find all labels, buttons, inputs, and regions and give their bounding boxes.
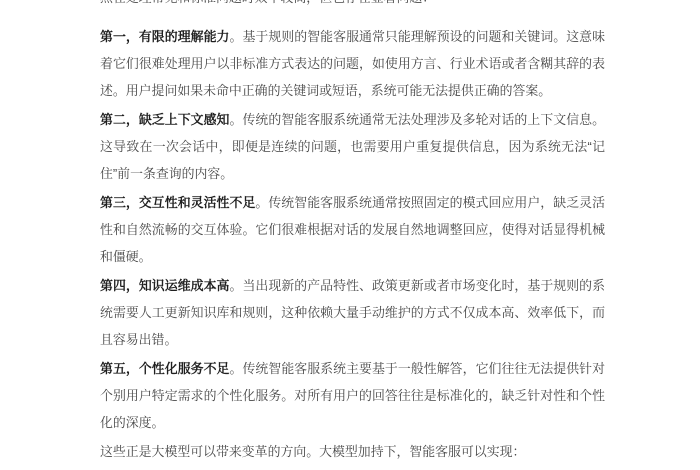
paragraph-lead: 第二，缺乏上下文感知 — [100, 112, 230, 127]
point-paragraph-1: 第一，有限的理解能力。基于规则的智能客服通常只能理解预设的问题和关键词。这意味着… — [100, 23, 605, 104]
paragraph-lead: 第五，个性化服务不足 — [100, 361, 230, 376]
point-paragraph-3: 第三，交互性和灵活性不足。传统智能客服系统通常按照固定的模式回应用户，缺乏灵活性… — [100, 189, 605, 270]
article-body: 然在处理常见和标准问题时效率较高，但也存在显著问题： 第一，有限的理解能力。基于… — [100, 0, 605, 465]
intro-fragment-line: 然在处理常见和标准问题时效率较高，但也存在显著问题： — [100, 0, 605, 11]
paragraph-lead: 第三，交互性和灵活性不足 — [100, 195, 255, 210]
document-page: 然在处理常见和标准问题时效率较高，但也存在显著问题： 第一，有限的理解能力。基于… — [0, 0, 700, 470]
paragraph-lead: 第一，有限的理解能力 — [100, 29, 230, 44]
closing-line: 这些正是大模型可以带来变革的方向。大模型加持下，智能客服可以实现： — [100, 438, 605, 465]
point-paragraph-5: 第五，个性化服务不足。传统智能客服系统主要基于一般性解答，它们往往无法提供针对个… — [100, 355, 605, 436]
point-paragraph-2: 第二，缺乏上下文感知。传统的智能客服系统通常无法处理涉及多轮对话的上下文信息。这… — [100, 106, 605, 187]
point-paragraph-4: 第四，知识运维成本高。当出现新的产品特性、政策更新或者市场变化时，基于规则的系统… — [100, 272, 605, 353]
paragraph-lead: 第四，知识运维成本高 — [100, 278, 230, 293]
